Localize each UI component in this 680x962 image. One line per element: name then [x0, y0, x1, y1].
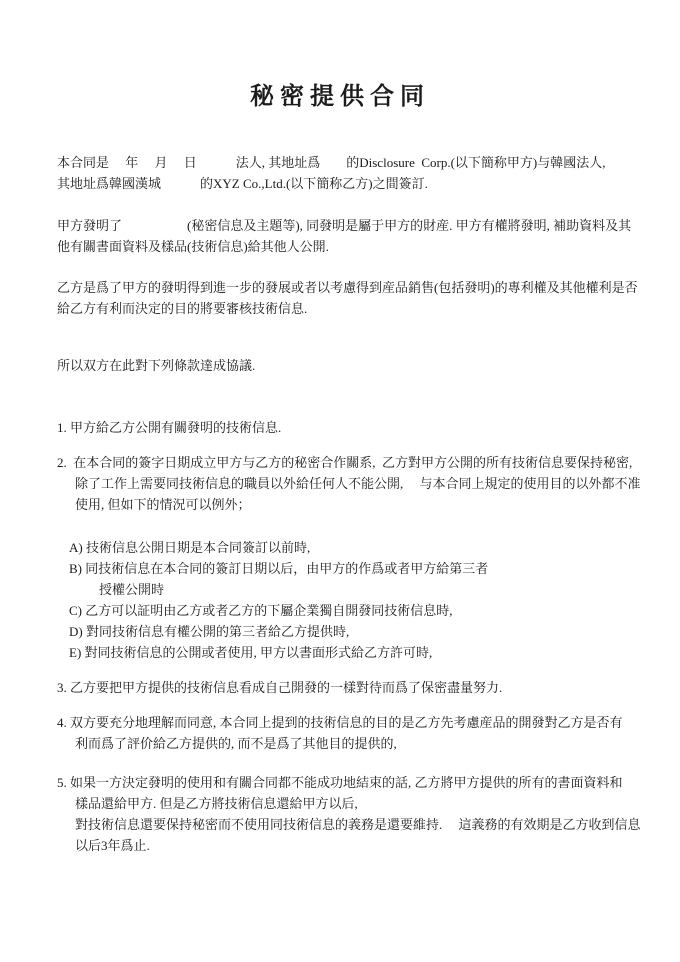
exception-item-a: A) 技術信息公開日期是本合同簽訂以前時,: [69, 537, 662, 558]
clause-3: 3. 乙方要把甲方提供的技術信息看成自己開發的一樣對待而爲了保密盡量努力.: [57, 677, 662, 698]
contract-page: 秘密提供合同 本合同是 年 月 日 法人, 其地址爲 的Disclosure C…: [0, 0, 680, 962]
clause-4: 4. 双方要充分地理解而同意, 本合同上提到的技術信息的目的是乙方先考慮産品的開…: [57, 712, 662, 754]
clause-1: 1. 甲方給乙方公開有關發明的技術信息.: [57, 417, 662, 438]
clause-2: 2. 在本合同的簽字日期成立甲方与乙方的秘密合作關系, 乙方對甲方公開的所有技術…: [57, 452, 662, 515]
exception-item-c: C) 乙方可以証明由乙方或者乙方的下屬企業獨自開發同技術信息時,: [69, 600, 662, 621]
exception-list: A) 技術信息公開日期是本合同簽訂以前時, B) 同技術信息在本合同的簽訂日期以…: [69, 537, 662, 663]
invention-paragraph: 甲方發明了 (秘密信息及主題等), 同發明是屬于甲方的財産. 甲方有權將發明, …: [57, 215, 662, 257]
parties-paragraph: 本合同是 年 月 日 法人, 其地址爲 的Disclosure Corp.(以下…: [57, 152, 662, 194]
exception-item-b: B) 同技術信息在本合同的簽訂日期以后，由甲方的作爲或者甲方給第三者 授權公開時: [69, 558, 662, 600]
agreement-lead-paragraph: 所以双方在此對下列條款達成協議.: [57, 355, 662, 376]
clause-5: 5. 如果一方決定發明的使用和有關合同都不能成功地結束的話, 乙方將甲方提供的所…: [57, 772, 662, 856]
exception-item-e: E) 對同技術信息的公開或者使用, 甲方以書面形式給乙方許可時,: [69, 642, 662, 663]
contract-title: 秘密提供合同: [18, 82, 662, 112]
purpose-paragraph: 乙方是爲了甲方的發明得到進一步的發展或者以考慮得到産品銷售(包括發明)的專利權及…: [57, 277, 662, 319]
exception-item-d: D) 對同技術信息有權公開的第三者給乙方提供時,: [69, 621, 662, 642]
